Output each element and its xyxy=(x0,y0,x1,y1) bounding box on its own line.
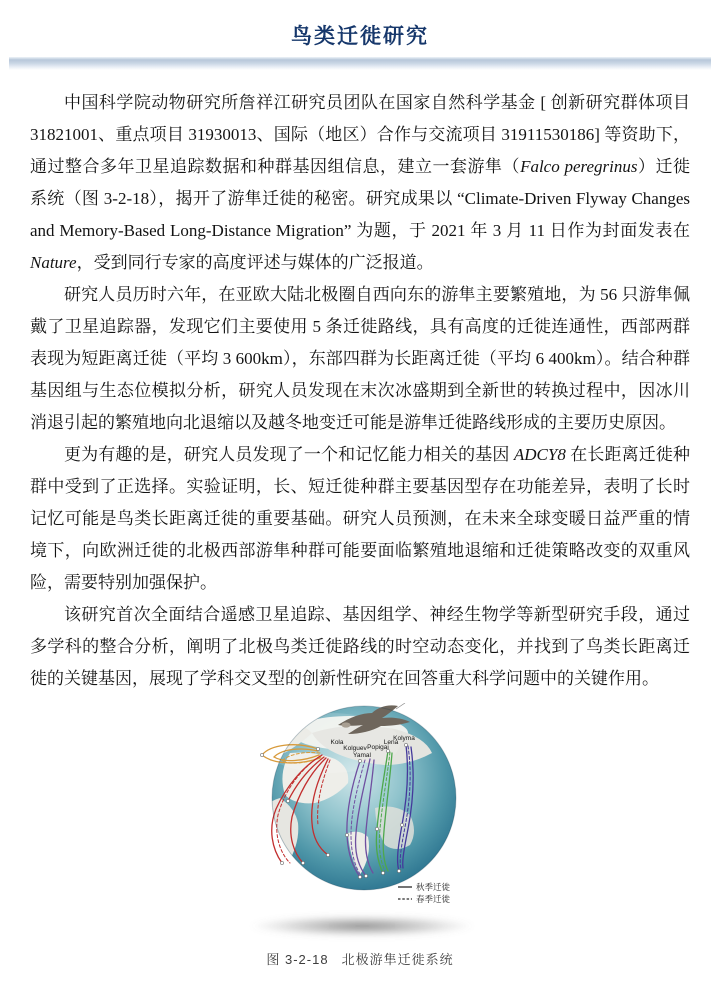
gene-name-italic: ADCY8 xyxy=(514,445,566,464)
paragraph-1: 中国科学院动物研究所詹祥江研究员团队在国家自然科学基金 [ 创新研究群体项目 3… xyxy=(30,87,690,279)
title-underline-bar xyxy=(9,57,711,70)
site-label-kolguev: Kolguev xyxy=(343,745,367,752)
figure-caption-label: 图 3-2-18 xyxy=(266,952,328,967)
paragraph-4: 该研究首次全面结合遥感卫星追踪、基因组学、神经生物学等新型研究手段，通过多学科的… xyxy=(30,599,690,695)
figure-caption: 图 3-2-18北极游隼迁徙系统 xyxy=(0,949,720,968)
legend-spring-label: 春季迁徙 xyxy=(416,894,451,904)
journal-name-italic: Nature xyxy=(30,253,77,272)
paragraph-1-text-c: ，受到同行专家的高度评述与媒体的广泛报道。 xyxy=(77,253,434,272)
article-body: 中国科学院动物研究所詹祥江研究员团队在国家自然科学基金 [ 创新研究群体项目 3… xyxy=(0,87,720,695)
page-title: 鸟类迁徙研究 xyxy=(0,20,720,50)
paragraph-3-text-b: 在长距离迁徙种群中受到了正选择。实验证明，长、短迁徙种群主要基因型存在功能差异，… xyxy=(30,445,690,592)
species-name-italic: Falco peregrinus xyxy=(520,157,637,176)
paragraph-3: 更为有趣的是，研究人员发现了一个和记忆能力相关的基因 ADCY8 在长距离迁徙种… xyxy=(30,439,690,599)
globe-illustration: Kola Kolguev Popigai Yamal Lena Kolyma 秋… xyxy=(200,703,520,943)
figure-caption-title: 北极游隼迁徙系统 xyxy=(342,952,454,967)
document-page: 鸟类迁徙研究 中国科学院动物研究所詹祥江研究员团队在国家自然科学基金 [ 创新研… xyxy=(0,0,720,998)
paragraph-2: 研究人员历时六年，在亚欧大陆北极圈自西向东的游隼主要繁殖地，为 56 只游隼佩戴… xyxy=(30,279,690,439)
figure-legend: 秋季迁徙 春季迁徙 xyxy=(398,882,451,904)
paragraph-3-text-a: 更为有趣的是，研究人员发现了一个和记忆能力相关的基因 xyxy=(64,445,514,464)
figure-migration-globe: Kola Kolguev Popigai Yamal Lena Kolyma 秋… xyxy=(0,703,720,968)
site-label-kolyma: Kolyma xyxy=(393,735,415,742)
legend-autumn-label: 秋季迁徙 xyxy=(416,882,451,892)
site-label-yamal: Yamal xyxy=(353,752,371,759)
site-label-kola: Kola xyxy=(330,739,343,746)
globe-shadow xyxy=(250,915,474,937)
